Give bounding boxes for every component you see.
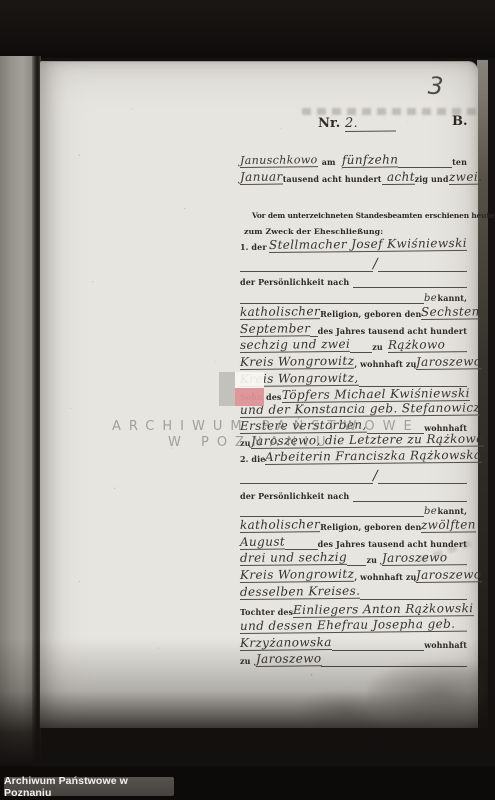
handwritten-entry: katholischer bbox=[240, 517, 320, 533]
handwritten-entry: Sechsten bbox=[421, 304, 480, 320]
archive-watermark-line2: W POZNANIU bbox=[168, 435, 334, 450]
handwritten-entry: katholischer bbox=[240, 304, 320, 320]
handwritten-entry: zwölften bbox=[421, 517, 476, 533]
handwritten-entry: sechzig und zwei bbox=[240, 337, 350, 353]
spacer bbox=[251, 665, 256, 667]
handwritten-entry: Januschkowo bbox=[240, 153, 318, 168]
blank-rule bbox=[347, 562, 366, 566]
printed-form-text: der Persönlichkeit nach bbox=[240, 277, 349, 288]
flag-red-stripe bbox=[235, 388, 264, 406]
form-line-26: Kreis Wongrowitz, wohnhaft zuJaroszewo bbox=[240, 567, 467, 583]
blank-rule bbox=[378, 480, 467, 484]
handwritten-entry: zwei. bbox=[448, 170, 482, 185]
printed-form-text: wohnhaft bbox=[424, 640, 467, 651]
handwritten-entry: / bbox=[373, 256, 378, 272]
blank-rule bbox=[240, 480, 373, 484]
printed-form-text: , wohnhaft zu bbox=[354, 572, 416, 583]
handwritten-entry: Arbeiterin Franciszka Rążkowska bbox=[265, 448, 482, 465]
printed-form-text: Religion, geboren den bbox=[320, 522, 421, 533]
blank-rule bbox=[398, 164, 452, 168]
printed-form-text: ten bbox=[452, 157, 467, 168]
handwritten-entry: Jaroszewo bbox=[416, 567, 482, 583]
handwritten-entry: September bbox=[240, 321, 311, 337]
handwritten-entry: Krzyżanowska bbox=[240, 635, 332, 651]
form-line-30: Krzyżanowskawohnhaft bbox=[240, 635, 467, 651]
form-line-24: Augustdes Jahres tausend acht hundert bbox=[240, 534, 467, 550]
page-number: 3 bbox=[427, 72, 444, 101]
polish-flag-mark-icon bbox=[219, 372, 264, 406]
printed-form-text: Tochter des bbox=[240, 607, 293, 618]
handwritten-entry: und dessen Ehefrau Josepha geb. bbox=[240, 617, 467, 634]
handwritten-entry: / bbox=[373, 468, 378, 484]
form-line-25: drei und sechzigzuJaroszewo bbox=[240, 550, 467, 566]
book-edge bbox=[0, 56, 32, 768]
printed-form-text: des Jahres tausend acht hundert bbox=[318, 539, 467, 550]
form-line-20: / bbox=[240, 468, 467, 484]
handwritten-entry: be bbox=[424, 293, 437, 304]
handwritten-entry: be bbox=[424, 506, 437, 517]
form-letter-label: B. bbox=[452, 114, 468, 129]
flag-gray-block bbox=[219, 372, 235, 406]
handwritten-entry: Jaroszewo bbox=[416, 354, 482, 370]
form-line-9: bekannt, bbox=[240, 288, 467, 304]
blank-rule bbox=[350, 349, 372, 353]
handwritten-entry: Stellmacher Josef Kwiśniewski bbox=[269, 236, 467, 253]
form-line-16: und der Konstancia geb. Stefanowicz bbox=[240, 402, 467, 418]
printed-form-text: 2. die bbox=[240, 454, 265, 465]
handwritten-entry: Kreis Wongrowitz bbox=[240, 354, 355, 370]
form-line-27: desselben Kreises. bbox=[240, 584, 467, 600]
form-line-22: bekannt, bbox=[240, 501, 467, 517]
printed-form-text: zum Zweck der Eheschließung: bbox=[244, 227, 383, 237]
form-line-6: 1. derStellmacher Josef Kwiśniewski bbox=[240, 237, 467, 253]
form-line-13: Kreis Wongrowitz, wohnhaft zuJaroszewo bbox=[240, 354, 467, 370]
scan-top-border bbox=[0, 0, 495, 58]
archival-scan-viewer: 3 B. Nr.2.JanuschkowoamfünfzehntenJanuar… bbox=[0, 0, 495, 800]
form-line-29: und dessen Ehefrau Josepha geb. bbox=[240, 618, 467, 634]
handwritten-entry: Januar bbox=[240, 170, 283, 185]
handwritten-entry: 2. bbox=[345, 115, 396, 132]
printed-form-text: kannt, bbox=[438, 293, 467, 304]
archive-watermark-line1: ARCHIWUM PAŃSTWOWE bbox=[112, 419, 420, 434]
handwritten-entry: Einliegers Anton Rążkowski bbox=[293, 601, 474, 618]
spacer bbox=[336, 166, 342, 168]
form-line-14: Kreis Wongrowitz, bbox=[240, 371, 467, 387]
printed-form-text: Nr. bbox=[318, 116, 340, 132]
handwritten-entry: drei und sechzig bbox=[240, 550, 347, 566]
form-line-2: Januschkowoamfünfzehnten bbox=[240, 152, 467, 168]
form-line-7: / bbox=[240, 256, 467, 272]
blank-rule bbox=[360, 596, 467, 600]
form-line-3: Januartausend acht hundertachtzig undzwe… bbox=[240, 169, 467, 185]
printed-form-text: Religion, geboren den bbox=[320, 309, 421, 320]
form-line-1: Nr.2. bbox=[318, 116, 396, 132]
form-line-5: zum Zweck der Eheschließung: bbox=[244, 221, 464, 237]
printed-form-text: kannt, bbox=[438, 506, 467, 517]
form-line-23: katholischerReligion, geboren denzwölfte… bbox=[240, 517, 467, 533]
printed-form-text: zu bbox=[372, 342, 383, 353]
printed-form-text: tausend acht hundert bbox=[283, 174, 382, 185]
handwritten-entry: August bbox=[240, 535, 285, 550]
handwritten-entry: desselben Kreises. bbox=[240, 584, 361, 600]
handwritten-entry: Jaroszewo bbox=[382, 550, 467, 566]
archive-credit-text: Archiwum Państwowe w Poznaniu bbox=[4, 775, 174, 799]
printed-form-text: zu bbox=[240, 656, 251, 667]
printed-form-text: zig und bbox=[415, 174, 449, 185]
handwritten-entry: Kreis Wongrowitz bbox=[240, 567, 355, 583]
printed-form-text: zu bbox=[366, 555, 377, 566]
archive-credit-badge: Archiwum Państwowe w Poznaniu bbox=[4, 777, 174, 796]
printed-form-text: , wohnhaft zu bbox=[354, 359, 416, 370]
form-line-28: Tochter desEinliegers Anton Rążkowski bbox=[240, 602, 467, 618]
form-line-12: sechzig und zweizuRążkowo bbox=[240, 337, 467, 353]
printed-form-text: 1. der bbox=[240, 242, 267, 253]
handwritten-entry: und der Konstancia geb. Stefanowicz bbox=[240, 400, 480, 418]
form-line-21: der Persönlichkeit nach bbox=[240, 486, 467, 502]
page-stack-edge bbox=[477, 60, 488, 728]
printed-form-text: am bbox=[322, 157, 336, 168]
flag-white-stripe bbox=[235, 372, 264, 388]
form-line-19: 2. dieArbeiterin Franciszka Rążkowska bbox=[240, 449, 467, 465]
paper-stain bbox=[300, 690, 390, 730]
form-line-10: katholischerReligion, geboren denSechste… bbox=[240, 304, 467, 320]
form-line-11: Septemberdes Jahres tausend acht hundert bbox=[240, 321, 467, 337]
form-line-8: der Persönlichkeit nach bbox=[240, 272, 467, 288]
handwritten-entry: Rążkowo bbox=[388, 337, 467, 353]
blank-rule bbox=[382, 181, 387, 185]
handwritten-entry: fünfzehn bbox=[341, 152, 398, 168]
printed-form-text: Vor dem unterzeichneten Standesbeamten e… bbox=[252, 211, 494, 221]
printed-form-text: des Jahres tausend acht hundert bbox=[318, 326, 467, 337]
handwritten-entry: Jaroszewo bbox=[255, 651, 321, 667]
handwritten-entry: acht bbox=[386, 170, 414, 185]
form-line-4: Vor dem unterzeichneten Standesbeamten e… bbox=[252, 205, 470, 221]
